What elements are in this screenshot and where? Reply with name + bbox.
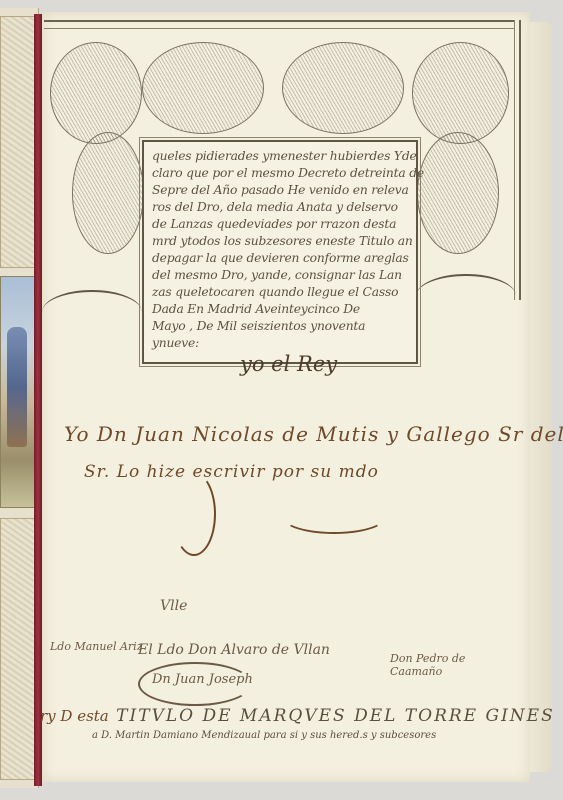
acanthus-scroll-ornament bbox=[412, 42, 509, 144]
binding-spine bbox=[34, 14, 42, 786]
council-signature-left: Ldo Manuel Ariz bbox=[50, 640, 143, 653]
title-main: TITVLO DE MARQVES DEL TORRE GINES bbox=[116, 706, 555, 726]
cartouche-line: mrd ytodos los subzesores eneste Titulo … bbox=[152, 233, 412, 250]
engraved-frame-top bbox=[44, 20, 514, 29]
arch-right bbox=[416, 274, 516, 318]
rubric-flourish bbox=[172, 472, 216, 556]
cartouche-line: Dada En Madrid Aveinteycinco De bbox=[152, 301, 412, 318]
cartouche-line: ros del Dro, dela media Anata y delservo bbox=[152, 199, 412, 216]
acanthus-scroll-ornament bbox=[142, 42, 264, 134]
secretary-note-line-2: Sr. Lo hize escrivir por su mdo bbox=[84, 462, 379, 482]
secretary-note-line-1: Yo Dn Juan Nicolas de Mutis y Gallego Sr… bbox=[64, 422, 563, 446]
engraved-frame-right bbox=[514, 20, 521, 300]
document-title: ry D esta TITVLO DE MARQVES DEL TORRE GI… bbox=[40, 706, 555, 726]
cartouche-line: zas queletocaren quando llegue el Casso bbox=[152, 284, 412, 301]
cartouche-line: ynueve: bbox=[152, 335, 412, 352]
cartouche-line: depagar la que devieren conforme areglas bbox=[152, 250, 412, 267]
cartouche-line: Sepre del Año pasado He venido en releva bbox=[152, 182, 412, 199]
arch-left bbox=[42, 290, 142, 334]
council-signature-top: Vlle bbox=[160, 598, 187, 614]
rubric-loop bbox=[138, 662, 252, 706]
left-illustration bbox=[0, 276, 38, 508]
council-signature-center: El Ldo Don Alvaro de Vllan bbox=[138, 642, 330, 658]
manuscript-page: queles pidierades ymenester hubierdes Yd… bbox=[42, 12, 530, 782]
text-cartouche: queles pidierades ymenester hubierdes Yd… bbox=[142, 140, 418, 364]
acanthus-scroll-ornament bbox=[50, 42, 142, 144]
acanthus-scroll-ornament bbox=[417, 132, 499, 254]
cartouche-line: Mayo , De Mil seiszientos ynoventa bbox=[152, 318, 412, 335]
left-ornament-top bbox=[0, 16, 38, 268]
cartouche-text: queles pidierades ymenester hubierdes Yd… bbox=[152, 148, 412, 352]
cartouche-line: claro que por el mesmo Decreto detreinta… bbox=[152, 165, 412, 182]
acanthus-scroll-ornament bbox=[282, 42, 404, 134]
council-signature-right: Don Pedro de Caamaño bbox=[390, 652, 490, 678]
acanthus-scroll-ornament bbox=[72, 132, 144, 254]
rubric-flourish bbox=[282, 500, 386, 534]
page-fore-edge bbox=[528, 22, 552, 772]
royal-signature: yo el Rey bbox=[240, 352, 337, 376]
cartouche-line: queles pidierades ymenester hubierdes Yd… bbox=[152, 148, 412, 165]
left-illustration-figure bbox=[7, 327, 27, 447]
title-prefix: ry D esta bbox=[40, 707, 109, 725]
left-ornament-bottom bbox=[0, 518, 38, 780]
cartouche-line: del mesmo Dro, yande, consignar las Lan bbox=[152, 267, 412, 284]
cartouche-line: de Lanzas quedeviades por rrazon desta bbox=[152, 216, 412, 233]
document-subtitle: a D. Martin Damiano Mendizaual para si y… bbox=[92, 730, 436, 741]
